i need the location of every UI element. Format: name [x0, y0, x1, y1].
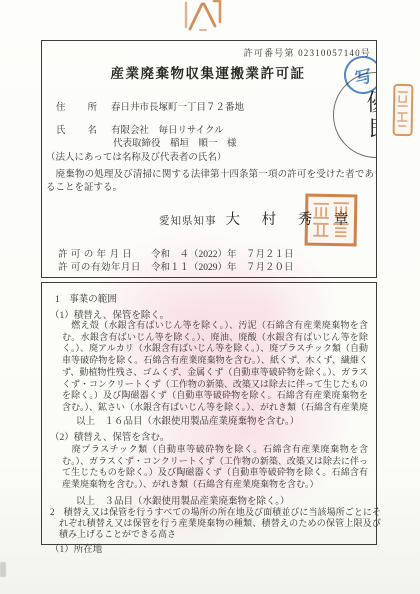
scope-item2-heading: （2）積替え、保管を含む。: [50, 429, 169, 443]
storage-location-heading: （1）所在地: [50, 541, 102, 555]
issue-date-label: 許 可 の 年 月 日: [58, 246, 151, 260]
issue-date-value: 令和 ４（2022）年 ７月２１日: [151, 246, 294, 260]
corporate-note: （法人にあっては名称及び代表者の氏名）: [46, 149, 226, 163]
permit-number: 許可番号第 02310057140号: [244, 46, 371, 59]
governor-seal-stamp: [305, 194, 358, 247]
scope-item2-body: 廃プラスチック類（自動車等破砕物を除く。石綿含有産業廃棄物を含む。）、ガラスくず…: [62, 444, 368, 491]
expiry-date-value: 令和１１（2029）年 ７月２０日: [151, 259, 294, 273]
business-scope-panel: 1 事業の範囲 （1）積替え、保管を除く。 燃え殻（水銀含有ばいじん等を除く。）…: [41, 282, 377, 545]
address-value: 春日井市長塚町一丁目７２番地: [111, 99, 244, 113]
address-row: 住 所 春日井市長塚町一丁目７２番地: [56, 99, 244, 113]
name-row: 氏 名 有限会社 毎日リサイクル: [56, 122, 224, 136]
scope-item1-total: 以上 １６品目（水銀使用製品産業廃棄物を含む。）: [76, 413, 299, 427]
copy-stamp-label: 写: [352, 61, 374, 89]
permit-info-panel: 許可番号第 02310057140号 産業廃棄物収集運搬業許可証 優良 写 住 …: [41, 40, 377, 278]
scope-item1-heading: （1）積替え、保管を除く。: [50, 307, 169, 321]
margin-seal-stamp: [393, 84, 414, 136]
permit-document: 許可番号第 02310057140号 産業廃棄物収集運搬業許可証 優良 写 住 …: [0, 0, 420, 594]
expiry-date-label: 許 可の有効年月日: [58, 259, 151, 273]
representative-line: 代表取締役 稲垣 順一 様: [113, 135, 237, 149]
scan-smudge: [0, 562, 6, 577]
certification-text: 廃棄物の処理及び清掃に関する法律第十四条第一項の許可を受けた者であることを証する…: [46, 169, 374, 195]
scope-section-heading: 1 事業の範囲: [55, 291, 117, 305]
scope-item2-total: 以上 ３品目（水銀使用製品産業廃棄物を除く。）: [76, 493, 290, 507]
document-title: 産業廃棄物収集運搬業許可証: [58, 62, 358, 82]
excellent-grade-label: 優良: [360, 90, 378, 140]
issuer-title: 愛知県知事: [159, 213, 217, 228]
scope-item1-body: 燃え殻（水銀含有ばいじん等を除く。）、汚泥（石綿含有産業廃棄物を含む。水銀含有ば…: [62, 320, 368, 412]
storage-section-text: 2 積替え又は保管を行うすべての場所の所在地及び面積並びに当該場所ごとにそれぞれ…: [50, 507, 381, 540]
company-name-value: 有限会社 毎日リサイクル: [111, 122, 224, 136]
issue-date-row: 許 可 の 年 月 日 令和 ４（2022）年 ７月２１日: [58, 246, 294, 260]
address-label: 住 所: [56, 99, 98, 113]
name-label: 氏 名: [56, 122, 98, 136]
partial-seal-mark: [180, 0, 226, 37]
expiry-date-row: 許 可の有効年月日 令和１１（2029）年 ７月２０日: [58, 259, 294, 273]
